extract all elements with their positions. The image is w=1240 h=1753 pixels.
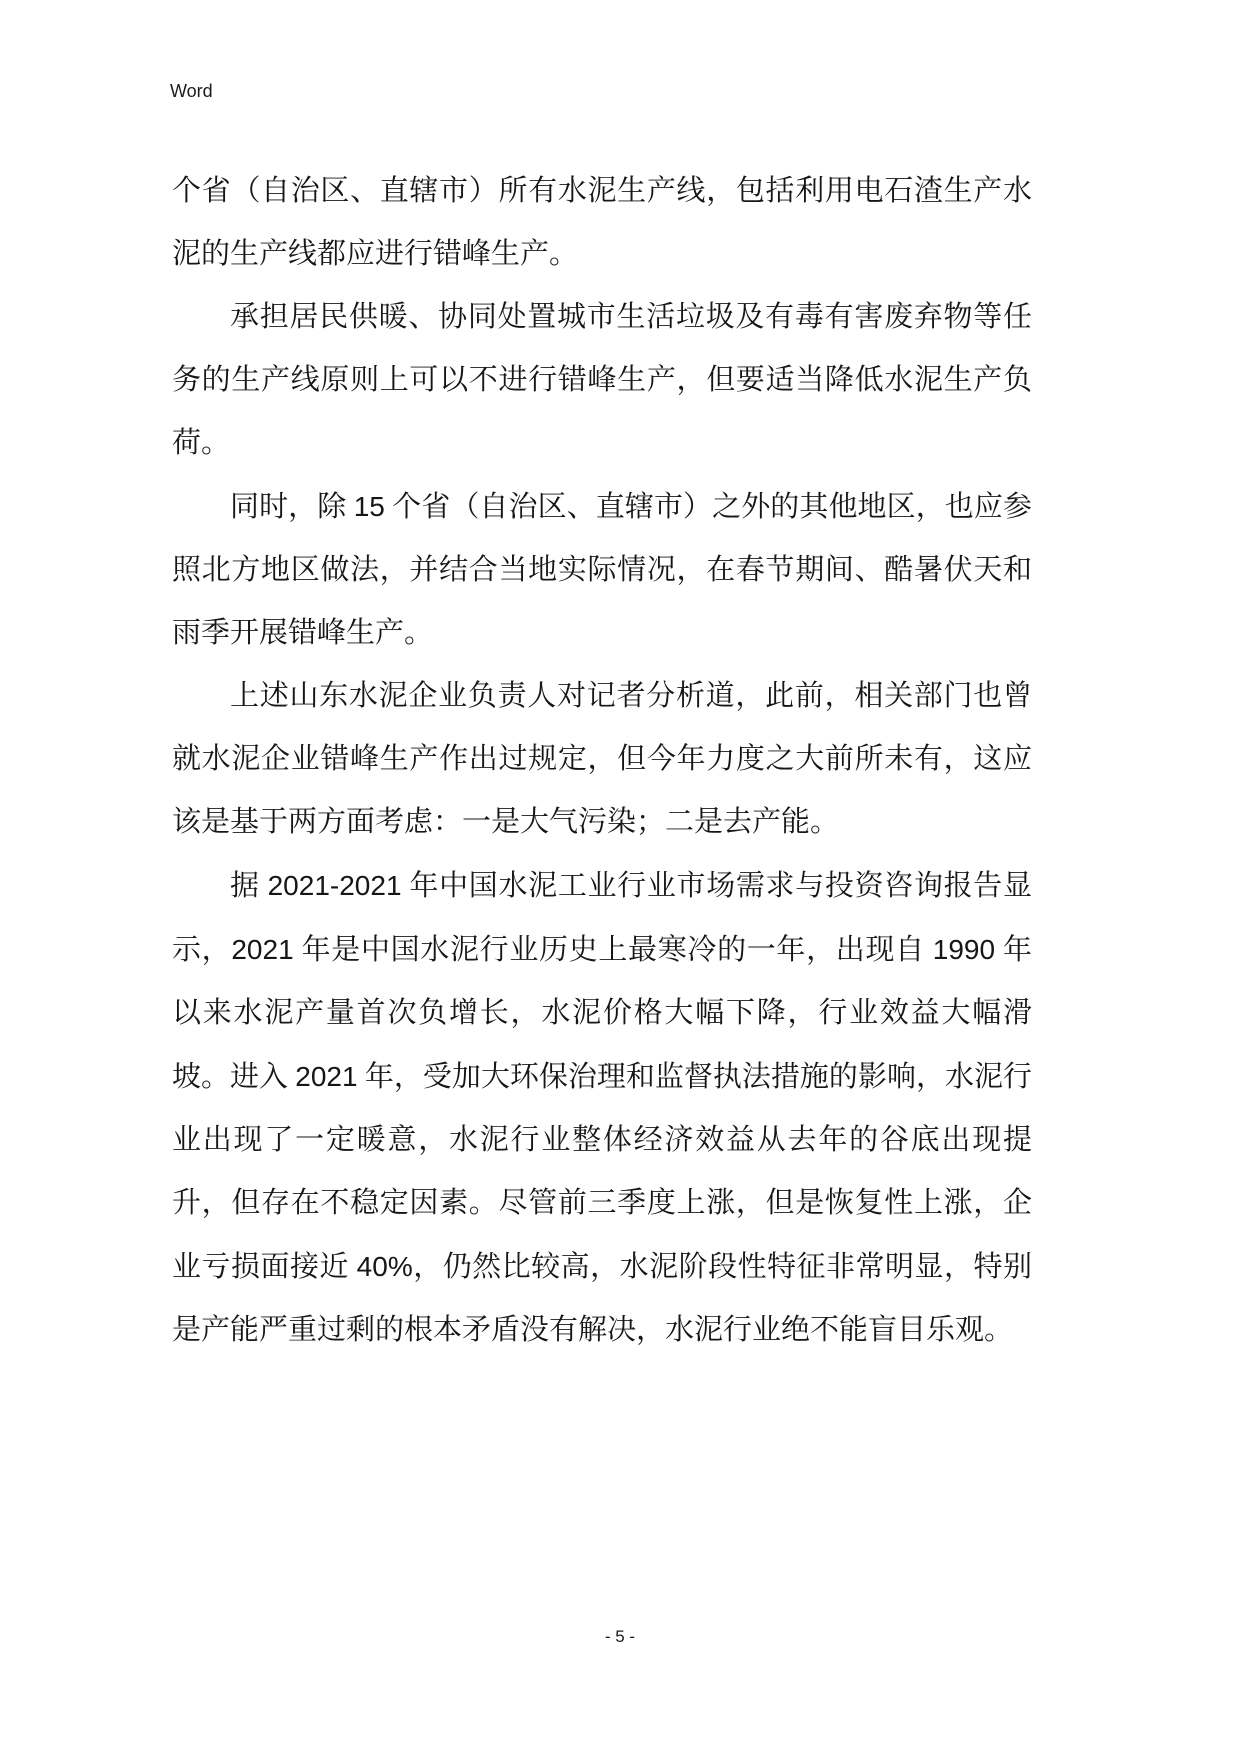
document-page: Word 个省（自治区、直辖市）所有水泥生产线，包括利用电石渣生产水泥的生产线都… — [0, 0, 1240, 1753]
numeral: 2021 — [231, 934, 293, 965]
numeral: 2021-2021 — [268, 870, 402, 901]
document-body: 个省（自治区、直辖市）所有水泥生产线，包括利用电石渣生产水泥的生产线都应进行错峰… — [172, 160, 1032, 1362]
document-header-label: Word — [170, 80, 213, 102]
paragraph-4: 上述山东水泥企业负责人对记者分析道，此前，相关部门也曾就水泥企业错峰生产作出过规… — [172, 665, 1032, 854]
numeral: 1990 — [933, 934, 995, 965]
paragraph-3: 同时，除 15 个省（自治区、直辖市）之外的其他地区，也应参照北方地区做法，并结… — [172, 475, 1032, 665]
numeral: 15 — [354, 491, 385, 522]
page-number: - 5 - — [0, 1626, 1240, 1648]
paragraph-2: 承担居民供暖、协同处置城市生活垃圾及有毒有害废弃物等任务的生产线原则上可以不进行… — [172, 286, 1032, 475]
numeral: 40% — [357, 1251, 413, 1282]
numeral: 2021 — [295, 1061, 357, 1092]
paragraph-1: 个省（自治区、直辖市）所有水泥生产线，包括利用电石渣生产水泥的生产线都应进行错峰… — [172, 160, 1032, 286]
paragraph-5: 据 2021-2021 年中国水泥工业行业市场需求与投资咨询报告显示，2021 … — [172, 854, 1032, 1362]
